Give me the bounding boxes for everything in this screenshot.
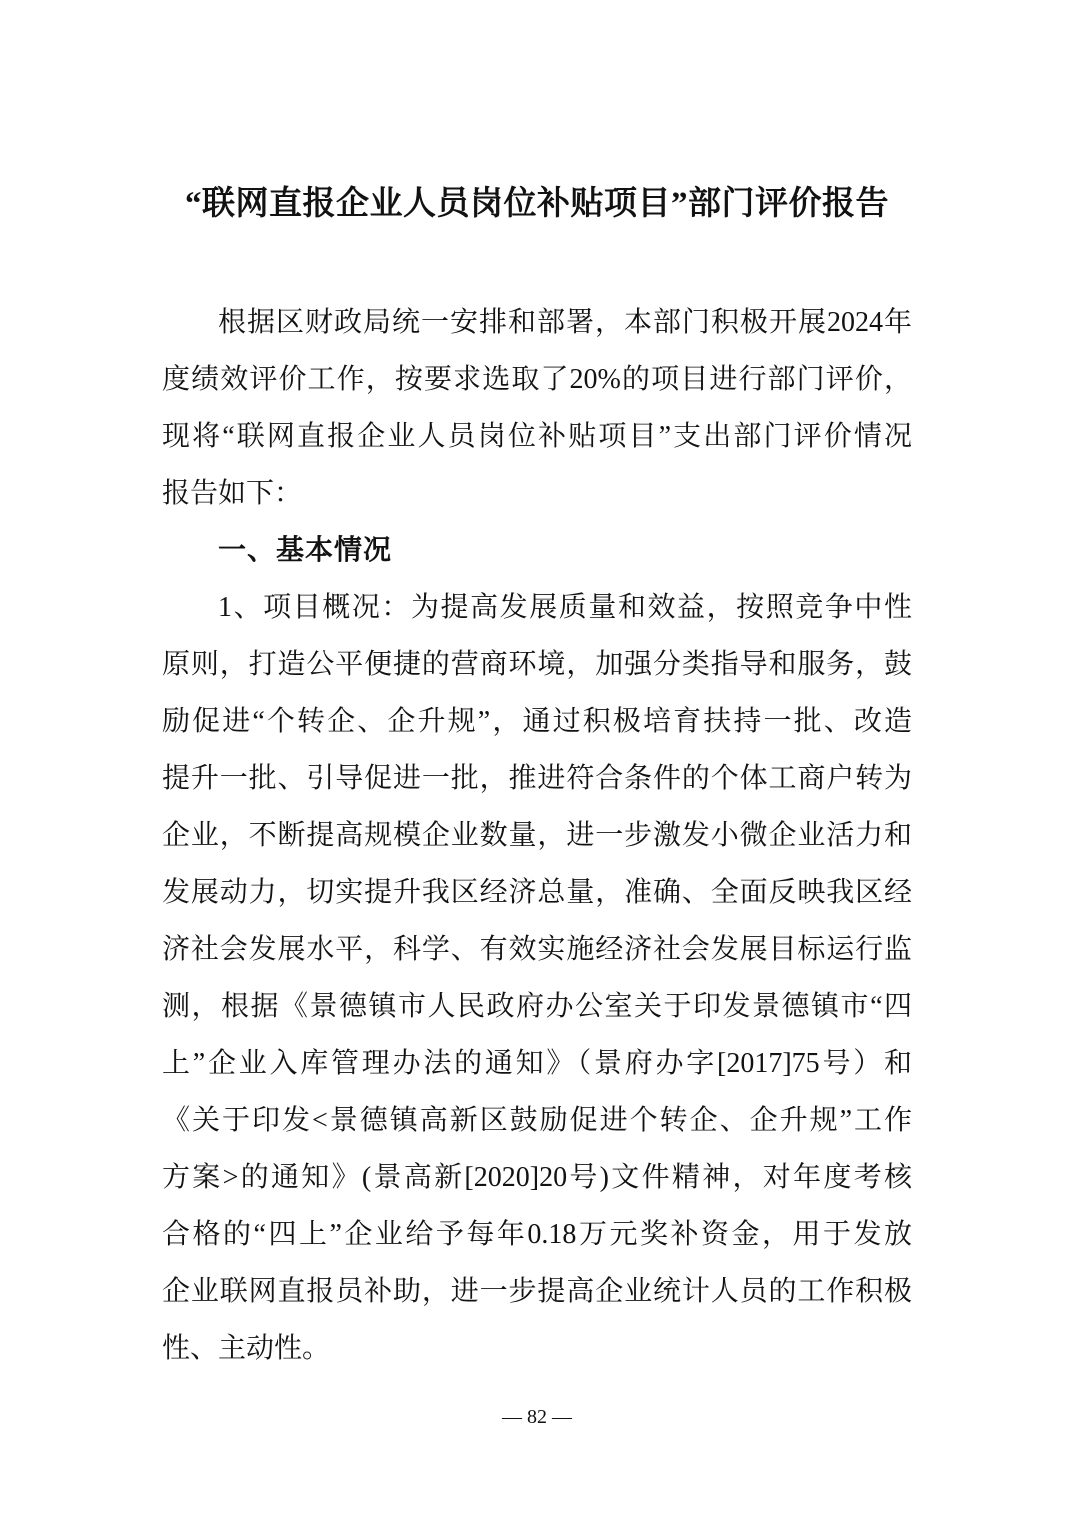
text-line: 发展动力，切实提升我区经济总量，准确、全面反映我区经 bbox=[162, 864, 912, 921]
text-line: 报告如下： bbox=[162, 465, 912, 522]
document-body: 根据区财政局统一安排和部署，本部门积极开展2024年 度绩效评价工作，按要求选取… bbox=[162, 294, 912, 1377]
text-line: 根据区财政局统一安排和部署，本部门积极开展2024年 bbox=[162, 294, 912, 351]
section-heading: 一、基本情况 bbox=[162, 522, 912, 579]
text-line: 《关于印发<景德镇高新区鼓励促进个转企、企升规”工作 bbox=[162, 1092, 912, 1149]
text-line: 1、项目概况：为提高发展质量和效益，按照竞争中性 bbox=[162, 579, 912, 636]
document-title: “联网直报企业人员岗位补贴项目”部门评价报告 bbox=[0, 181, 1074, 227]
text-line: 测，根据《景德镇市人民政府办公室关于印发景德镇市“四 bbox=[162, 978, 912, 1035]
text-line: 上”企业入库管理办法的通知》（景府办字[2017]75号）和 bbox=[162, 1035, 912, 1092]
text-line: 性、主动性。 bbox=[162, 1320, 912, 1377]
text-line: 原则，打造公平便捷的营商环境，加强分类指导和服务，鼓 bbox=[162, 636, 912, 693]
text-line: 济社会发展水平，科学、有效实施经济社会发展目标运行监 bbox=[162, 921, 912, 978]
text-line: 企业联网直报员补助，进一步提高企业统计人员的工作积极 bbox=[162, 1263, 912, 1320]
document-page: “联网直报企业人员岗位补贴项目”部门评价报告 根据区财政局统一安排和部署，本部门… bbox=[0, 0, 1074, 1520]
page-number: — 82 — bbox=[0, 1404, 1074, 1430]
text-line: 方案>的通知》(景高新[2020]20号)文件精神，对年度考核 bbox=[162, 1149, 912, 1206]
text-line: 励促进“个转企、企升规”，通过积极培育扶持一批、改造 bbox=[162, 693, 912, 750]
text-line: 提升一批、引导促进一批，推进符合条件的个体工商户转为 bbox=[162, 750, 912, 807]
text-line: 企业，不断提高规模企业数量，进一步激发小微企业活力和 bbox=[162, 807, 912, 864]
text-line: 度绩效评价工作，按要求选取了20%的项目进行部门评价， bbox=[162, 351, 912, 408]
text-line: 现将“联网直报企业人员岗位补贴项目”支出部门评价情况 bbox=[162, 408, 912, 465]
text-line: 合格的“四上”企业给予每年0.18万元奖补资金，用于发放 bbox=[162, 1206, 912, 1263]
